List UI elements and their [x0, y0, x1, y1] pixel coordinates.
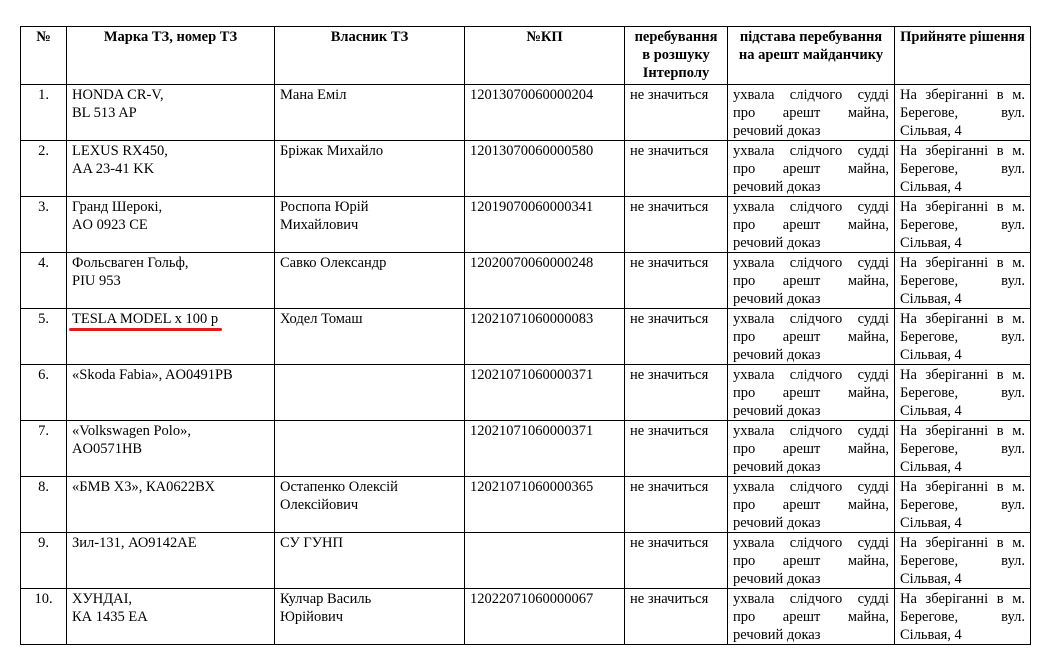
owner-cell: СУ ГУНП: [275, 533, 465, 589]
owner-name: Роспопа Юрій: [280, 198, 459, 216]
table-row: 6. «Skoda Fabia», AO0491PB 1202107106000…: [21, 365, 1031, 421]
owner-name: Кулчар Василь: [280, 590, 459, 608]
vehicle-cell: «БМВ Х3», КА0622ВХ: [67, 477, 275, 533]
owner-cell: [275, 421, 465, 477]
table-body: 1. HONDA CR-V, BL 513 AP Мана Еміл 12013…: [21, 85, 1031, 645]
vehicle-cell: Зил-131, АО9142АЕ: [67, 533, 275, 589]
impound-basis: ухвала слідчого судді про арешт майна, р…: [728, 421, 895, 477]
owner-name: Ходел Томаш: [280, 310, 459, 328]
owner-cell: Остапенко Олексій Олексійович: [275, 477, 465, 533]
owner-cell: [275, 365, 465, 421]
table-row: 8. «БМВ Х3», КА0622ВХ Остапенко Олексій …: [21, 477, 1031, 533]
impound-basis: ухвала слідчого судді про арешт майна, р…: [728, 85, 895, 141]
table-header: № Марка ТЗ, номер ТЗ Власник ТЗ №КП пере…: [21, 27, 1031, 85]
decision: На зберіганні в м. Берегове, вул. Сільва…: [895, 253, 1031, 309]
impound-basis: ухвала слідчого судді про арешт майна, р…: [728, 533, 895, 589]
interpol-status: не значиться: [625, 477, 728, 533]
table-row: 1. HONDA CR-V, BL 513 AP Мана Еміл 12013…: [21, 85, 1031, 141]
vehicle-model: ХУНДАІ,: [72, 590, 269, 608]
owner-name: Савко Олександр: [280, 254, 459, 272]
impound-basis: ухвала слідчого судді про арешт майна, р…: [728, 253, 895, 309]
owner-name: СУ ГУНП: [280, 534, 459, 552]
header-basis: підстава перебування на арешт майданчику: [728, 27, 895, 85]
vehicle-model: LEXUS RX450,: [72, 142, 269, 160]
decision: На зберіганні в м. Берегове, вул. Сільва…: [895, 421, 1031, 477]
vehicle-plate: AA 23-41 KK: [72, 160, 269, 178]
decision: На зберіганні в м. Берегове, вул. Сільва…: [895, 85, 1031, 141]
owner-cell: Роспопа Юрій Михайлович: [275, 197, 465, 253]
decision: На зберіганні в м. Берегове, вул. Сільва…: [895, 197, 1031, 253]
table-row: 10. ХУНДАІ, КА 1435 ЕА Кулчар Василь Юрі…: [21, 589, 1031, 645]
vehicle-model-highlighted: TESLA MODEL x 100 p: [72, 310, 218, 328]
vehicle-plate: BL 513 AP: [72, 104, 269, 122]
case-number: 12021071060000083: [465, 309, 625, 365]
case-number: [465, 533, 625, 589]
table-row: 3. Гранд Шерокі, AO 0923 CE Роспопа Юрій…: [21, 197, 1031, 253]
row-number: 2.: [21, 141, 67, 197]
vehicle-model: «Skoda Fabia», AO0491PB: [72, 366, 269, 384]
table-row: 4. Фольсваген Гольф, PIU 953 Савко Олекс…: [21, 253, 1031, 309]
case-number: 12021071060000365: [465, 477, 625, 533]
row-number: 10.: [21, 589, 67, 645]
table-row: 9. Зил-131, АО9142АЕ СУ ГУНП не значитьс…: [21, 533, 1031, 589]
vehicle-model: Фольсваген Гольф,: [72, 254, 269, 272]
case-number: 12013070060000204: [465, 85, 625, 141]
header-owner: Власник ТЗ: [275, 27, 465, 85]
case-number: 12021071060000371: [465, 421, 625, 477]
interpol-status: не значиться: [625, 141, 728, 197]
vehicle-model: «Volkswagen Polo»,: [72, 422, 269, 440]
case-number: 12013070060000580: [465, 141, 625, 197]
decision: На зберіганні в м. Берегове, вул. Сільва…: [895, 533, 1031, 589]
impound-basis: ухвала слідчого судді про арешт майна, р…: [728, 309, 895, 365]
decision: На зберіганні в м. Берегове, вул. Сільва…: [895, 309, 1031, 365]
decision: На зберіганні в м. Берегове, вул. Сільва…: [895, 589, 1031, 645]
header-vehicle: Марка ТЗ, номер ТЗ: [67, 27, 275, 85]
vehicle-model: HONDA CR-V,: [72, 86, 269, 104]
vehicle-model: «БМВ Х3», КА0622ВХ: [72, 478, 269, 496]
owner-cell: Ходел Томаш: [275, 309, 465, 365]
decision: На зберіганні в м. Берегове, вул. Сільва…: [895, 365, 1031, 421]
impound-basis: ухвала слідчого судді про арешт майна, р…: [728, 197, 895, 253]
impound-basis: ухвала слідчого судді про арешт майна, р…: [728, 477, 895, 533]
row-number: 7.: [21, 421, 67, 477]
vehicle-cell: HONDA CR-V, BL 513 AP: [67, 85, 275, 141]
vehicle-cell: TESLA MODEL x 100 p: [67, 309, 275, 365]
row-number: 3.: [21, 197, 67, 253]
vehicle-cell: «Volkswagen Polo», AO0571HB: [67, 421, 275, 477]
impound-basis: ухвала слідчого судді про арешт майна, р…: [728, 589, 895, 645]
owner-name: Бріжак Михайло: [280, 142, 459, 160]
row-number: 6.: [21, 365, 67, 421]
interpol-status: не значиться: [625, 533, 728, 589]
row-number: 1.: [21, 85, 67, 141]
interpol-status: не значиться: [625, 85, 728, 141]
interpol-status: не значиться: [625, 421, 728, 477]
table-row: 5. TESLA MODEL x 100 p Ходел Томаш 12021…: [21, 309, 1031, 365]
owner-cell: Кулчар Василь Юрійович: [275, 589, 465, 645]
row-number: 9.: [21, 533, 67, 589]
header-row: № Марка ТЗ, номер ТЗ Власник ТЗ №КП пере…: [21, 27, 1031, 85]
vehicle-model: Гранд Шерокі,: [72, 198, 269, 216]
impounded-vehicles-table: № Марка ТЗ, номер ТЗ Власник ТЗ №КП пере…: [20, 26, 1031, 645]
header-decision: Прийняте рішення: [895, 27, 1031, 85]
vehicle-cell: Гранд Шерокі, AO 0923 CE: [67, 197, 275, 253]
owner-patronymic: Олексійович: [280, 496, 459, 514]
row-number: 5.: [21, 309, 67, 365]
impound-basis: ухвала слідчого судді про арешт майна, р…: [728, 365, 895, 421]
vehicle-cell: Фольсваген Гольф, PIU 953: [67, 253, 275, 309]
owner-name: Остапенко Олексій: [280, 478, 459, 496]
case-number: 12019070060000341: [465, 197, 625, 253]
vehicle-cell: ХУНДАІ, КА 1435 ЕА: [67, 589, 275, 645]
owner-patronymic: Михайлович: [280, 216, 459, 234]
owner-cell: Бріжак Михайло: [275, 141, 465, 197]
header-num: №: [21, 27, 67, 85]
interpol-status: не значиться: [625, 365, 728, 421]
owner-cell: Мана Еміл: [275, 85, 465, 141]
header-case-number: №КП: [465, 27, 625, 85]
vehicle-cell: «Skoda Fabia», AO0491PB: [67, 365, 275, 421]
table-row: 7. «Volkswagen Polo», AO0571HB 120210710…: [21, 421, 1031, 477]
case-number: 12020070060000248: [465, 253, 625, 309]
vehicle-plate: КА 1435 ЕА: [72, 608, 269, 626]
header-interpol: перебування в розшуку Інтерполу: [625, 27, 728, 85]
case-number: 12021071060000371: [465, 365, 625, 421]
owner-name: Мана Еміл: [280, 86, 459, 104]
interpol-status: не значиться: [625, 589, 728, 645]
owner-patronymic: Юрійович: [280, 608, 459, 626]
impound-basis: ухвала слідчого судді про арешт майна, р…: [728, 141, 895, 197]
row-number: 4.: [21, 253, 67, 309]
vehicle-plate: PIU 953: [72, 272, 269, 290]
vehicle-plate: AO 0923 CE: [72, 216, 269, 234]
row-number: 8.: [21, 477, 67, 533]
vehicle-cell: LEXUS RX450, AA 23-41 KK: [67, 141, 275, 197]
vehicle-model: Зил-131, АО9142АЕ: [72, 534, 269, 552]
vehicle-plate: AO0571HB: [72, 440, 269, 458]
decision: На зберіганні в м. Берегове, вул. Сільва…: [895, 477, 1031, 533]
table-row: 2. LEXUS RX450, AA 23-41 KK Бріжак Михай…: [21, 141, 1031, 197]
owner-cell: Савко Олександр: [275, 253, 465, 309]
case-number: 12022071060000067: [465, 589, 625, 645]
decision: На зберіганні в м. Берегове, вул. Сільва…: [895, 141, 1031, 197]
interpol-status: не значиться: [625, 253, 728, 309]
interpol-status: не значиться: [625, 197, 728, 253]
interpol-status: не значиться: [625, 309, 728, 365]
